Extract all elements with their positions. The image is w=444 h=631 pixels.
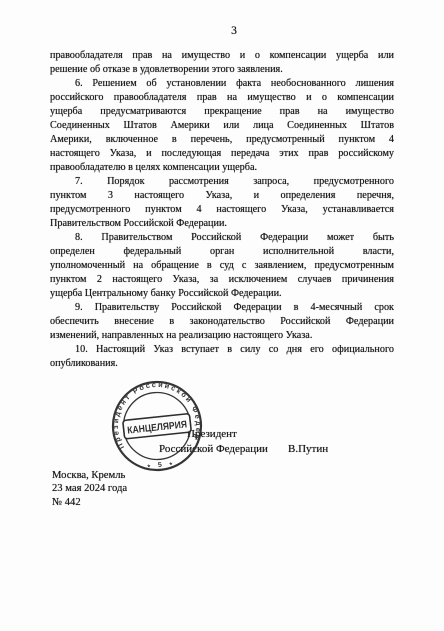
body-line: ущерба предусматриваются прекращение пра… [50,105,394,119]
body-line: 8. Правительством Российской Федерации м… [50,231,394,245]
body-line: уполномоченный на обращение в суд с заяв… [50,259,394,273]
body-line: 9. Правительству Российской Федерации в … [50,301,394,315]
signature-name: В.Путин [288,443,328,455]
stamp-sector-number: ⋆ 5 ⋆ [146,460,176,470]
body-line: ущерба Центральному банку Российской Фед… [50,287,394,301]
body-line: 7. Порядок рассмотрения запроса, предусм… [50,175,394,189]
issuance-number: № 442 [52,496,127,509]
body-line: пунктом 2 настоящего Указа, за исключени… [50,273,394,287]
body-line: Правительством Российской Федерации. [50,217,394,231]
body-line: опубликования. [50,357,394,371]
body-text: правообладателя прав на имущество и о ко… [50,49,394,371]
body-line: определен федеральный орган исполнительн… [50,245,394,259]
body-line: Америки, включенное в перечень, предусмо… [50,133,394,147]
body-line: решение об отказе в удовлетворении этого… [50,63,394,77]
chancellery-stamp-icon: Президент Российской Федерации ⋆ 5 ⋆ КАН… [110,379,204,473]
stamp-svg: Президент Российской Федерации ⋆ 5 ⋆ КАН… [110,379,204,473]
body-line: правообладателю в целях компенсации ущер… [50,161,394,175]
body-line: российского правообладателя прав на имущ… [50,91,394,105]
issuance-block: Москва, Кремль 23 мая 2024 года № 442 [52,469,127,509]
body-line: пунктом 3 настоящего Указа, и определени… [50,189,394,203]
body-line: обеспечить внесение в законодательство Р… [50,315,394,329]
body-line: 10. Настоящий Указ вступает в силу со дн… [50,343,394,357]
body-line: настоящего Указа, и последующая передача… [50,147,394,161]
body-line: изменений, направленных на реализацию на… [50,329,394,343]
body-line: правообладателя прав на имущество и о ко… [50,49,394,63]
body-line: Соединенных Штатов Америки или лица Соед… [50,119,394,133]
body-line: предусмотренного пунктом 4 настоящего Ук… [50,203,394,217]
document-page: 3 правообладателя прав на имущество и о … [0,0,444,631]
page-number: 3 [12,25,444,37]
issuance-date: 23 мая 2024 года [52,482,127,495]
body-line: 6. Решением об установлении факта необос… [50,77,394,91]
